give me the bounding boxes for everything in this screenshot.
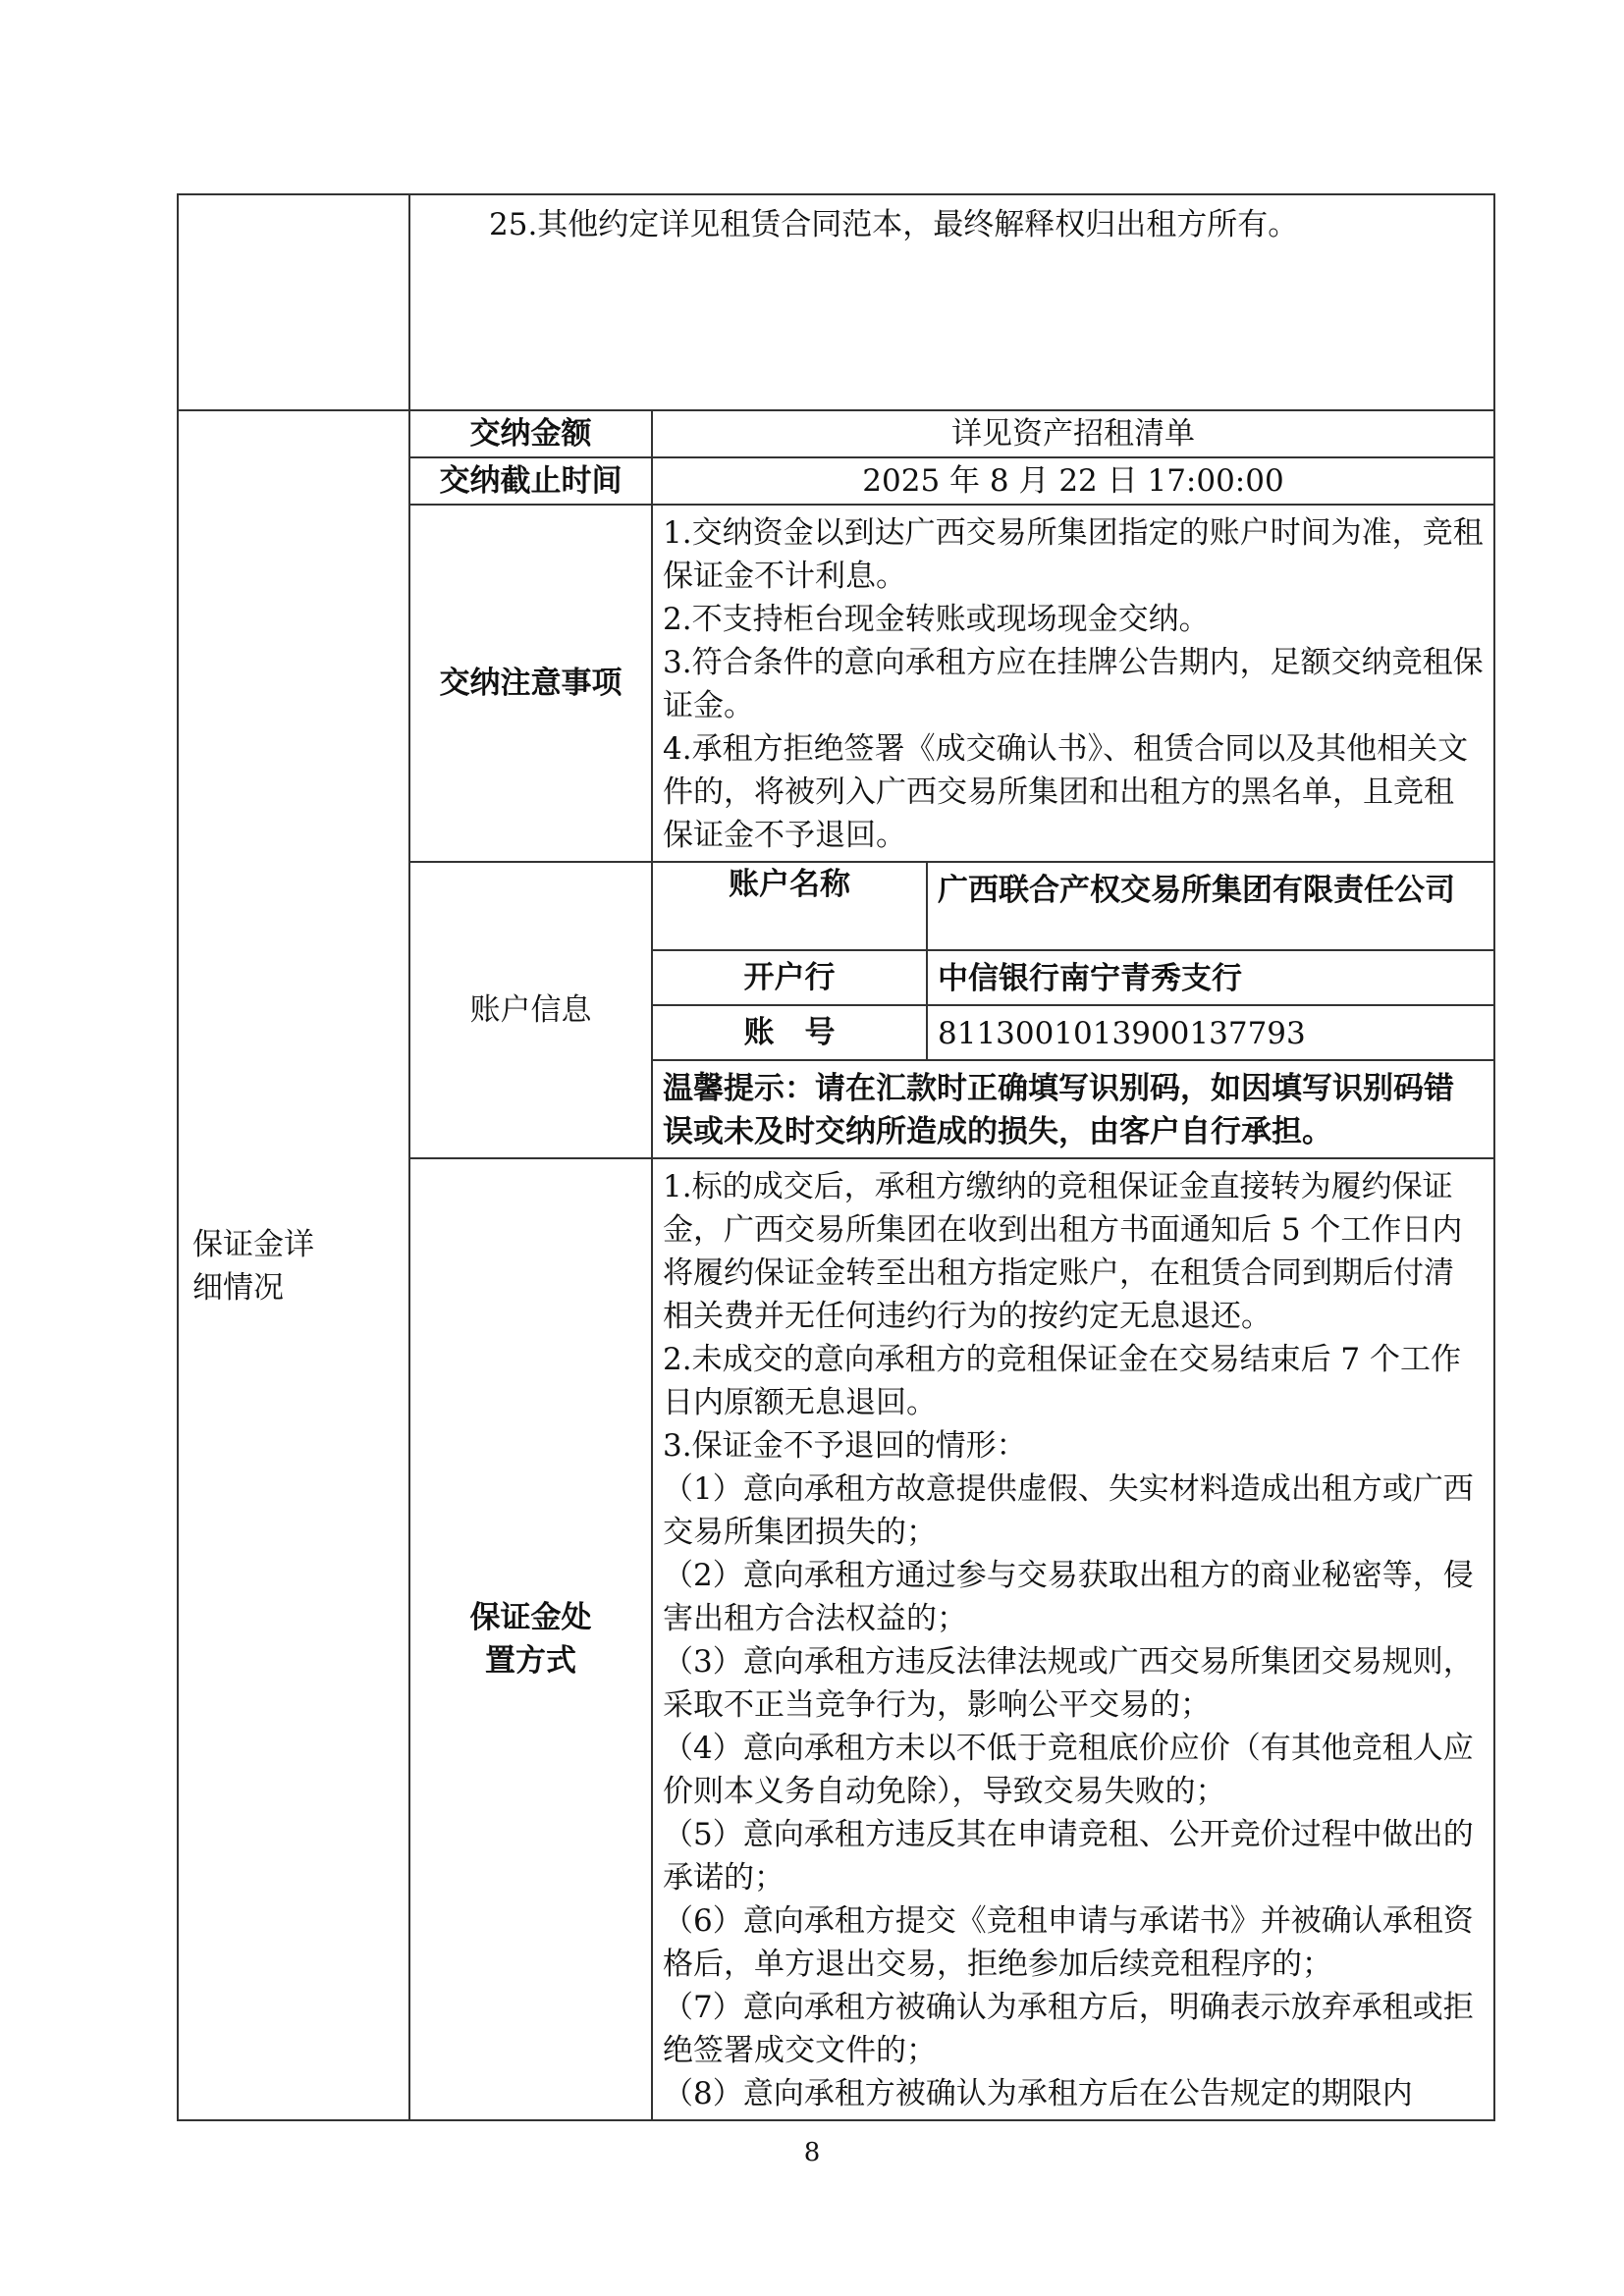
amount-row: 保证金详细情况 交纳金额 详见资产招租清单 — [178, 410, 1494, 457]
bank-key: 开户行 — [652, 950, 927, 1005]
note-item-4: 4.承租方拒绝签署《成交确认书》、租赁合同以及其他相关文件的，将被列入广西交易所… — [663, 727, 1484, 857]
disposal-label-text: 保证金处置方式 — [458, 1596, 605, 1682]
deposit-section-label-text: 保证金详细情况 — [192, 1223, 320, 1309]
disposal-label: 保证金处置方式 — [409, 1158, 652, 2120]
disposal-item-1: 1.标的成交后，承租方缴纳的竞租保证金直接转为履约保证金，广西交易所集团在收到出… — [663, 1165, 1484, 1338]
other-terms-text: 25.其他约定详见租赁合同范本，最终解释权归出租方所有。 — [409, 194, 1494, 410]
disposal-case-2: （2）意向承租方通过参与交易获取出租方的商业秘密等，侵害出租方合法权益的； — [663, 1554, 1484, 1640]
disposal-item-2: 2.未成交的意向承租方的竞租保证金在交易结束后 7 个工作日内原额无息退回。 — [663, 1338, 1484, 1424]
bank-value: 中信银行南宁青秀支行 — [927, 950, 1494, 1005]
remittance-tip: 温馨提示：请在汇款时正确填写识别码，如因填写识别码错误或未及时交纳所造成的损失，… — [652, 1060, 1494, 1158]
disposal-content: 1.标的成交后，承租方缴纳的竞租保证金直接转为履约保证金，广西交易所集团在收到出… — [652, 1158, 1494, 2120]
account-number-value: 8113001013900137793 — [927, 1005, 1494, 1060]
deposit-section-label: 保证金详细情况 — [178, 410, 409, 2120]
account-info-label: 账户信息 — [409, 862, 652, 1158]
disposal-case-7: （7）意向承租方被确认为承租方后，明确表示放弃承租或拒绝签署成交文件的； — [663, 1986, 1484, 2072]
account-number-key: 账 号 — [652, 1005, 927, 1060]
empty-cell — [178, 194, 409, 410]
disposal-case-4: （4）意向承租方未以不低于竞租底价应价（有其他竞租人应价则本义务自动免除），导致… — [663, 1727, 1484, 1813]
disposal-case-8: （8）意向承租方被确认为承租方后在公告规定的期限内 — [663, 2072, 1484, 2115]
deadline-label: 交纳截止时间 — [409, 457, 652, 505]
account-name-key: 账户名称 — [652, 862, 927, 950]
other-terms-row: 25.其他约定详见租赁合同范本，最终解释权归出租方所有。 — [178, 194, 1494, 410]
note-item-2: 2.不支持柜台现金转账或现场现金交纳。 — [663, 598, 1484, 641]
note-item-1: 1.交纳资金以到达广西交易所集团指定的账户时间为准，竞租保证金不计利息。 — [663, 511, 1484, 598]
document-page: 25.其他约定详见租赁合同范本，最终解释权归出租方所有。 保证金详细情况 交纳金… — [0, 0, 1624, 2296]
notes-label: 交纳注意事项 — [409, 505, 652, 862]
account-name-value: 广西联合产权交易所集团有限责任公司 — [927, 862, 1494, 950]
disposal-case-6: （6）意向承租方提交《竞租申请与承诺书》并被确认承租资格后，单方退出交易，拒绝参… — [663, 1899, 1484, 1986]
notes-content: 1.交纳资金以到达广西交易所集团指定的账户时间为准，竞租保证金不计利息。 2.不… — [652, 505, 1494, 862]
note-item-3: 3.符合条件的意向承租方应在挂牌公告期内，足额交纳竞租保证金。 — [663, 641, 1484, 727]
amount-label: 交纳金额 — [409, 410, 652, 457]
disposal-item-3: 3.保证金不予退回的情形： — [663, 1424, 1484, 1468]
disposal-case-3: （3）意向承租方违反法律法规或广西交易所集团交易规则，采取不正当竞争行为，影响公… — [663, 1640, 1484, 1727]
lease-terms-table: 25.其他约定详见租赁合同范本，最终解释权归出租方所有。 保证金详细情况 交纳金… — [177, 193, 1495, 2121]
disposal-case-1: （1）意向承租方故意提供虚假、失实材料造成出租方或广西交易所集团损失的； — [663, 1468, 1484, 1554]
deadline-value: 2025 年 8 月 22 日 17:00:00 — [652, 457, 1494, 505]
amount-value: 详见资产招租清单 — [652, 410, 1494, 457]
disposal-case-5: （5）意向承租方违反其在申请竞租、公开竞价过程中做出的承诺的； — [663, 1813, 1484, 1899]
page-number: 8 — [0, 2138, 1624, 2167]
